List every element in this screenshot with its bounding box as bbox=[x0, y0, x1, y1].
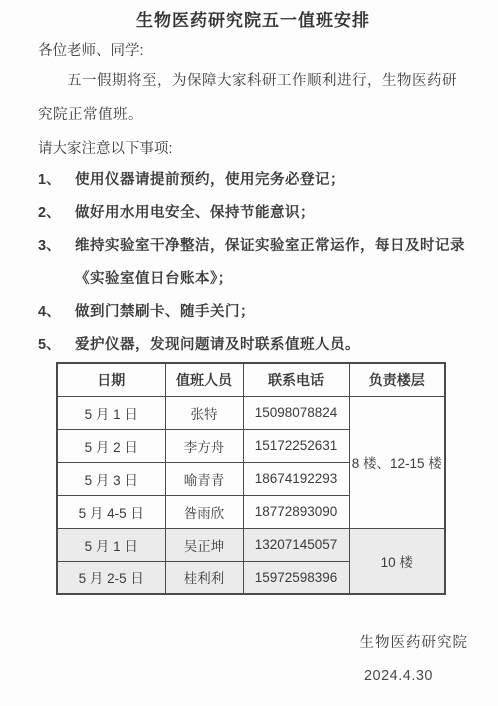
cell-date: 5 月 1 日 bbox=[57, 528, 165, 561]
cell-floor-group-2: 10 楼 bbox=[349, 528, 445, 594]
cell-date: 5 月 2 日 bbox=[57, 429, 165, 462]
cell-phone: 13207145057 bbox=[243, 528, 349, 561]
header-phone: 联系电话 bbox=[243, 363, 349, 396]
cell-date: 5 月 1 日 bbox=[57, 396, 165, 429]
table-row: 5 月 1 日 吴正坤 13207145057 10 楼 bbox=[57, 528, 445, 561]
cell-floor-group-1: 8 楼、12-15 楼 bbox=[349, 396, 445, 528]
cell-person: 昝雨欣 bbox=[165, 495, 243, 528]
notice-item-3: 3、 维持实验室干净整洁，保证实验室正常运作，每日及时记录《实验室值日台账本》； bbox=[38, 230, 468, 296]
signature-date: 2024.4.30 bbox=[38, 666, 468, 686]
cell-person: 李方舟 bbox=[165, 429, 243, 462]
cell-phone: 15172252631 bbox=[243, 429, 349, 462]
header-floor: 负责楼层 bbox=[349, 363, 445, 396]
notice-item-4: 4、 做到门禁刷卡、随手关门； bbox=[38, 296, 468, 329]
item-text-line1: 维持实验室干净整洁，保证实验室正常运作，每日及时记录 bbox=[75, 238, 465, 254]
notice-item-2: 2、 做好用水用电安全、保持节能意识； bbox=[38, 197, 468, 230]
cell-person: 喻青青 bbox=[165, 462, 243, 495]
item-number: 2、 bbox=[38, 197, 75, 230]
intro-paragraph: 五一假期将至，为保障大家科研工作顺利进行，生物医药研究院正常值班。 bbox=[38, 64, 466, 132]
item-text: 爱护仪器，发现问题请及时联系值班人员。 bbox=[75, 329, 468, 362]
cell-date: 5 月 2-5 日 bbox=[57, 561, 165, 594]
table-row: 5 月 1 日 张特 15098078824 8 楼、12-15 楼 bbox=[57, 396, 445, 429]
cell-phone: 15098078824 bbox=[243, 396, 349, 429]
signature: 生物医药研究院 bbox=[38, 633, 468, 653]
item-number: 3、 bbox=[38, 230, 75, 296]
table-header-row: 日期 值班人员 联系电话 负责楼层 bbox=[57, 363, 445, 396]
item-text: 使用仪器请提前预约，使用完务必登记； bbox=[75, 164, 468, 197]
cell-phone: 18772893090 bbox=[243, 495, 349, 528]
cell-phone: 15972598396 bbox=[243, 561, 349, 594]
header-person: 值班人员 bbox=[165, 363, 243, 396]
item-text: 做好用水用电安全、保持节能意识； bbox=[75, 197, 468, 230]
item-text-line2: 《实验室值日台账本》； bbox=[75, 271, 233, 287]
cell-date: 5 月 4-5 日 bbox=[57, 495, 165, 528]
item-text: 做到门禁刷卡、随手关门； bbox=[75, 296, 468, 329]
cell-person: 吴正坤 bbox=[165, 528, 243, 561]
notice-item-5: 5、 爱护仪器，发现问题请及时联系值班人员。 bbox=[38, 329, 468, 362]
item-number: 5、 bbox=[38, 329, 75, 362]
item-text: 维持实验室干净整洁，保证实验室正常运作，每日及时记录《实验室值日台账本》； bbox=[75, 230, 468, 296]
notice-item-1: 1、 使用仪器请提前预约，使用完务必登记； bbox=[38, 164, 468, 197]
item-number: 1、 bbox=[38, 164, 75, 197]
document-page: 生物医药研究院五一值班安排 各位老师、同学: 五一假期将至，为保障大家科研工作顺… bbox=[0, 0, 498, 706]
cell-person: 张特 bbox=[165, 396, 243, 429]
duty-table: 日期 值班人员 联系电话 负责楼层 5 月 1 日 张特 15098078824… bbox=[56, 362, 446, 595]
notice-list: 1、 使用仪器请提前预约，使用完务必登记； 2、 做好用水用电安全、保持节能意识… bbox=[38, 164, 468, 362]
notice-heading: 请大家注意以下事项: bbox=[38, 138, 468, 160]
page-title: 生物医药研究院五一值班安排 bbox=[38, 8, 468, 34]
header-date: 日期 bbox=[57, 363, 165, 396]
greeting-line: 各位老师、同学: bbox=[38, 40, 468, 62]
cell-date: 5 月 3 日 bbox=[57, 462, 165, 495]
item-number: 4、 bbox=[38, 296, 75, 329]
cell-person: 桂利利 bbox=[165, 561, 243, 594]
cell-phone: 18674192293 bbox=[243, 462, 349, 495]
